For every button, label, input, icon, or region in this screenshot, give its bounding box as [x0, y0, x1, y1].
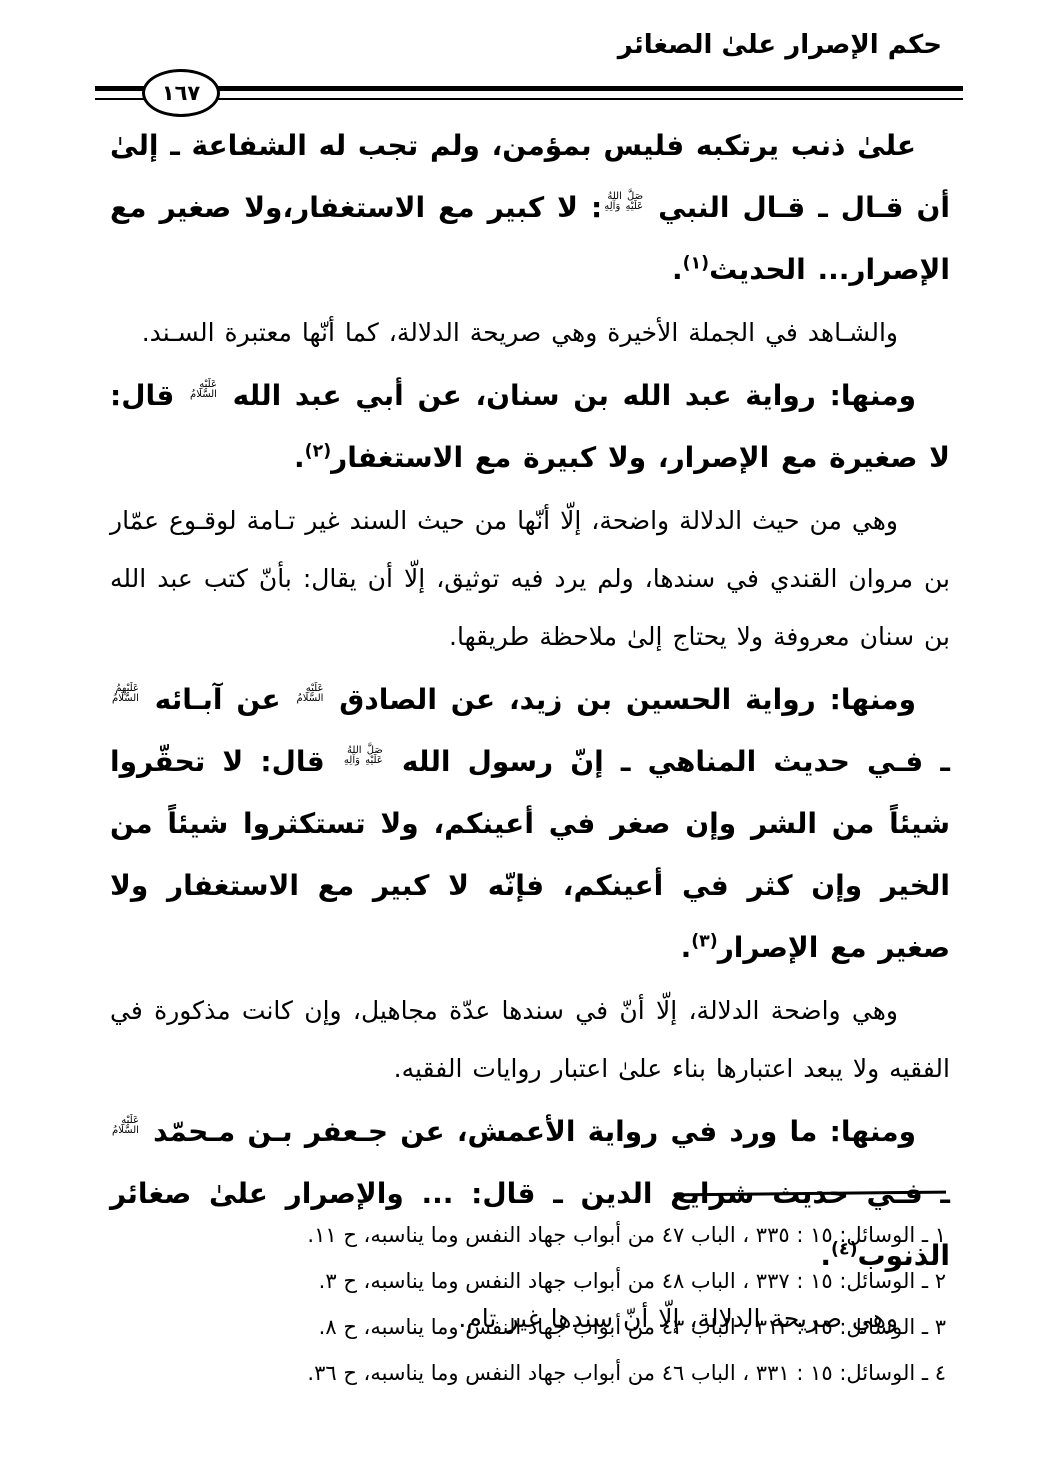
paragraph-text: ومنها: ما ورد في رواية الأعمش، عن جـعفر … — [141, 1115, 916, 1148]
paragraph-text: ومنها: رواية عبد الله بن سنان، عن أبي عب… — [219, 379, 916, 412]
honorific-symbol: عَلَيْهِالسَّلَامُ — [190, 380, 217, 401]
paragraph-text: . — [294, 441, 305, 474]
paragraph: علىٰ ذنب يرتكبه فليس بمؤمن، ولم تجب له ا… — [110, 115, 950, 301]
paragraph-text: وهي واضحة الدلالة، إلّا أنّ في سندها عدّ… — [110, 996, 950, 1083]
paragraph: ومنها: رواية الحسين بن زيد، عن الصادق عَ… — [110, 669, 950, 979]
footnote: ١ ـ الوسائل: ١٥ : ٣٣٥ ، الباب ٤٧ من أبوا… — [120, 1212, 946, 1258]
paragraph-text: والشـاهد في الجملة الأخيرة وهي صريحة الد… — [142, 318, 898, 347]
paragraph: وهي واضحة الدلالة، إلّا أنّ في سندها عدّ… — [110, 982, 950, 1098]
footnote: ٣ ـ الوسائل: ١٥ : ٣١٢ ، الباب ٤٣ من أبوا… — [120, 1304, 946, 1350]
footnote-marker: (١) — [683, 254, 709, 274]
paragraph: وهي من حيث الدلالة واضحة، إلّا أنّها من … — [110, 492, 950, 666]
footnote-marker: (٢) — [305, 442, 331, 462]
header-rule-thick — [95, 86, 963, 91]
paragraph: ومنها: رواية عبد الله بن سنان، عن أبي عب… — [110, 365, 950, 489]
honorific-symbol: عَلَيْهِالسَّلَامُ — [297, 684, 324, 705]
page-number: ١٦٧ — [162, 81, 200, 105]
paragraph-text: . — [672, 253, 683, 286]
paragraph-text: عن آبـائه — [141, 683, 295, 716]
header-rule: ١٦٧ — [0, 60, 1058, 120]
footnote: ٢ ـ الوسائل: ١٥ : ٣٣٧ ، الباب ٤٨ من أبوا… — [120, 1258, 946, 1304]
paragraph-text: ـ فـي حديث المناهي ـ إنّ رسول الله — [385, 745, 950, 778]
honorific-symbol: عَلَيْهِمُالسَّلَامُ — [112, 684, 139, 705]
footnotes: ١ ـ الوسائل: ١٥ : ٣٣٥ ، الباب ٤٧ من أبوا… — [120, 1212, 946, 1396]
paragraph-text: وهي من حيث الدلالة واضحة، إلّا أنّها من … — [110, 506, 950, 651]
body-text: علىٰ ذنب يرتكبه فليس بمؤمن، ولم تجب له ا… — [110, 112, 950, 1351]
paragraph-text: ومنها: رواية الحسين بن زيد، عن الصادق — [325, 683, 916, 716]
footnote: ٤ ـ الوسائل: ١٥ : ٣٣١ ، الباب ٤٦ من أبوا… — [120, 1350, 946, 1396]
honorific-symbol: عَلَيْهِالسَّلَامُ — [112, 1116, 139, 1137]
footnote-marker: (٣) — [691, 932, 717, 952]
header-rule-thin — [95, 98, 963, 100]
honorific-symbol: صَلَّ اللهُعَلَيْهِ وَآلِهِ — [604, 192, 643, 213]
paragraph: والشـاهد في الجملة الأخيرة وهي صريحة الد… — [110, 304, 950, 362]
paragraph-text: . — [681, 931, 692, 964]
book-page: حكم الإصرار علىٰ الصغائر ١٦٧ علىٰ ذنب ير… — [0, 0, 1058, 1460]
page-number-badge: ١٦٧ — [142, 69, 220, 117]
running-title: حكم الإصرار علىٰ الصغائر — [618, 30, 942, 60]
honorific-symbol: صَلَّ اللهُعَلَيْهِ وَآلِهِ — [344, 746, 383, 767]
